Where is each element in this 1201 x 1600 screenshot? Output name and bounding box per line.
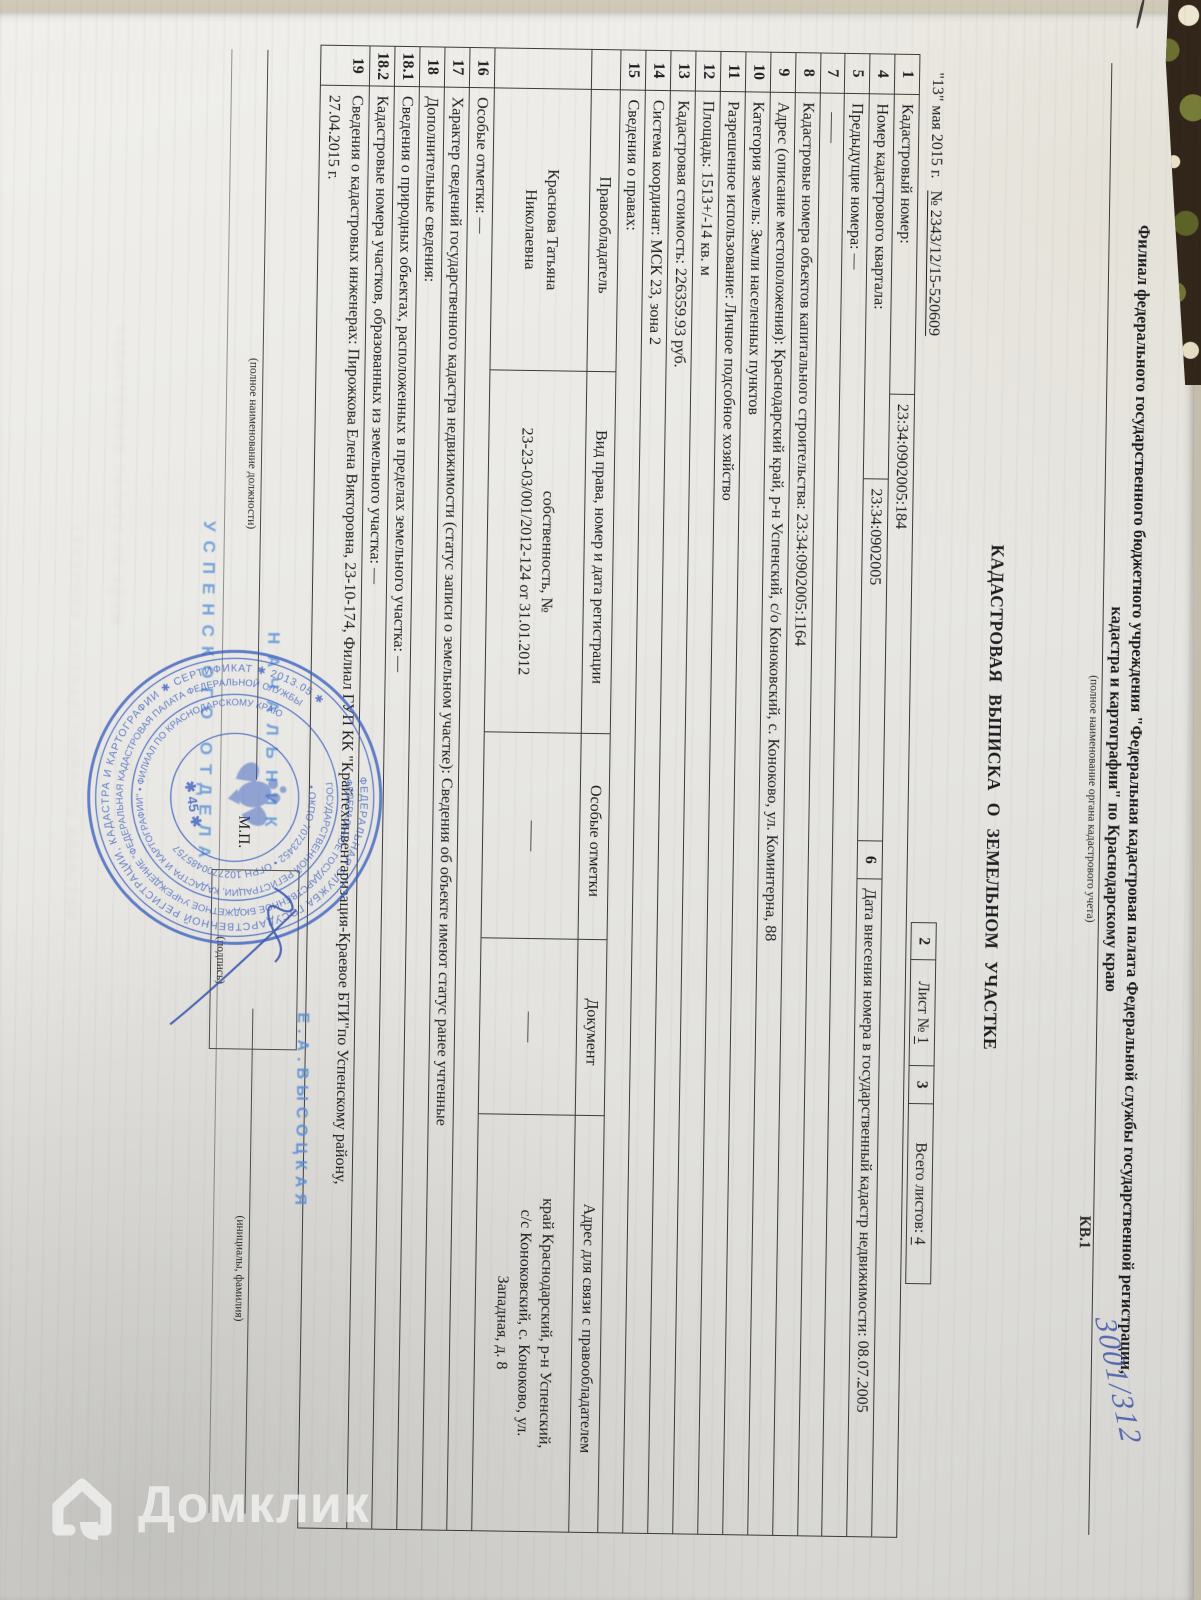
rights-col-marks: Особые отметки <box>578 734 609 940</box>
extract-date: "13" мая 2015 г. <box>927 72 946 179</box>
signature-block: (полное наименование должности) М.П. (по… <box>131 42 314 1528</box>
document: 3001/312 Филиал федерального государстве… <box>8 4 1172 1582</box>
main-table: 1 Кадастровый номер: 23:34:0902005:184 4… <box>297 45 920 1538</box>
name-line <box>244 1009 253 1514</box>
rights-col-doc: Документ <box>576 940 607 1116</box>
sign-caption: (подпись) <box>213 885 227 1035</box>
photo-frame: 3001/312 Филиал федерального государстве… <box>0 0 1201 1600</box>
sheet-counter: 2 Лист № 1 3 Всего листов: 4 <box>905 922 937 1284</box>
owner-cell: Краснова Татьяна Николаевна <box>490 88 590 371</box>
document-cell: — <box>479 938 578 1115</box>
position-stamp-line2: УСПЕНСКОГО ОТДЕЛА <box>193 521 218 867</box>
rights-col-kind: Вид права, номер и дата регистрации <box>582 372 616 734</box>
form-code: КВ.1 <box>1075 1215 1094 1248</box>
watermark-text: Домклик <box>138 1475 370 1535</box>
sheet-cell-3: 3 <box>908 1066 935 1104</box>
marks-cell: — <box>481 732 580 939</box>
org-caption: (полное наименование органа кадастрового… <box>1084 675 1100 922</box>
rights-col-owner: Правообладатель <box>587 90 619 372</box>
doc-title: КАДАСТРОВАЯ ВЫПИСКА О ЗЕМЕЛЬНОМ УЧАСТКЕ <box>971 55 1015 1539</box>
bleed-through-mark: кадастровая палата по краю <box>106 325 133 629</box>
name-stamp: Е.А.ВЫСОЦКАЯ <box>290 1012 311 1211</box>
bleed-through-mark: сведения государственного кадастра <box>61 525 89 922</box>
right-kind-cell: собственность, № 23-23-03/001/2012-124 о… <box>485 370 587 733</box>
house-icon <box>46 1466 118 1544</box>
domclick-watermark: Домклик <box>46 1466 370 1544</box>
sheet-cell-2: 2 <box>910 922 937 960</box>
owner-address-cell: край Краснодарский, р-н Успенский, с/с К… <box>472 1114 575 1531</box>
sheet-number-cell: Лист № 1 <box>908 960 936 1066</box>
name-caption: (инициалы, фамилия) <box>230 1103 247 1433</box>
position-stamp-line1: НАЧАЛЬНИК <box>260 632 283 838</box>
total-sheets-cell: Всего листов: 4 <box>905 1104 934 1284</box>
extract-number: № 2343/12/15-520609 <box>925 190 944 336</box>
mp-label: М.П. <box>234 815 253 848</box>
